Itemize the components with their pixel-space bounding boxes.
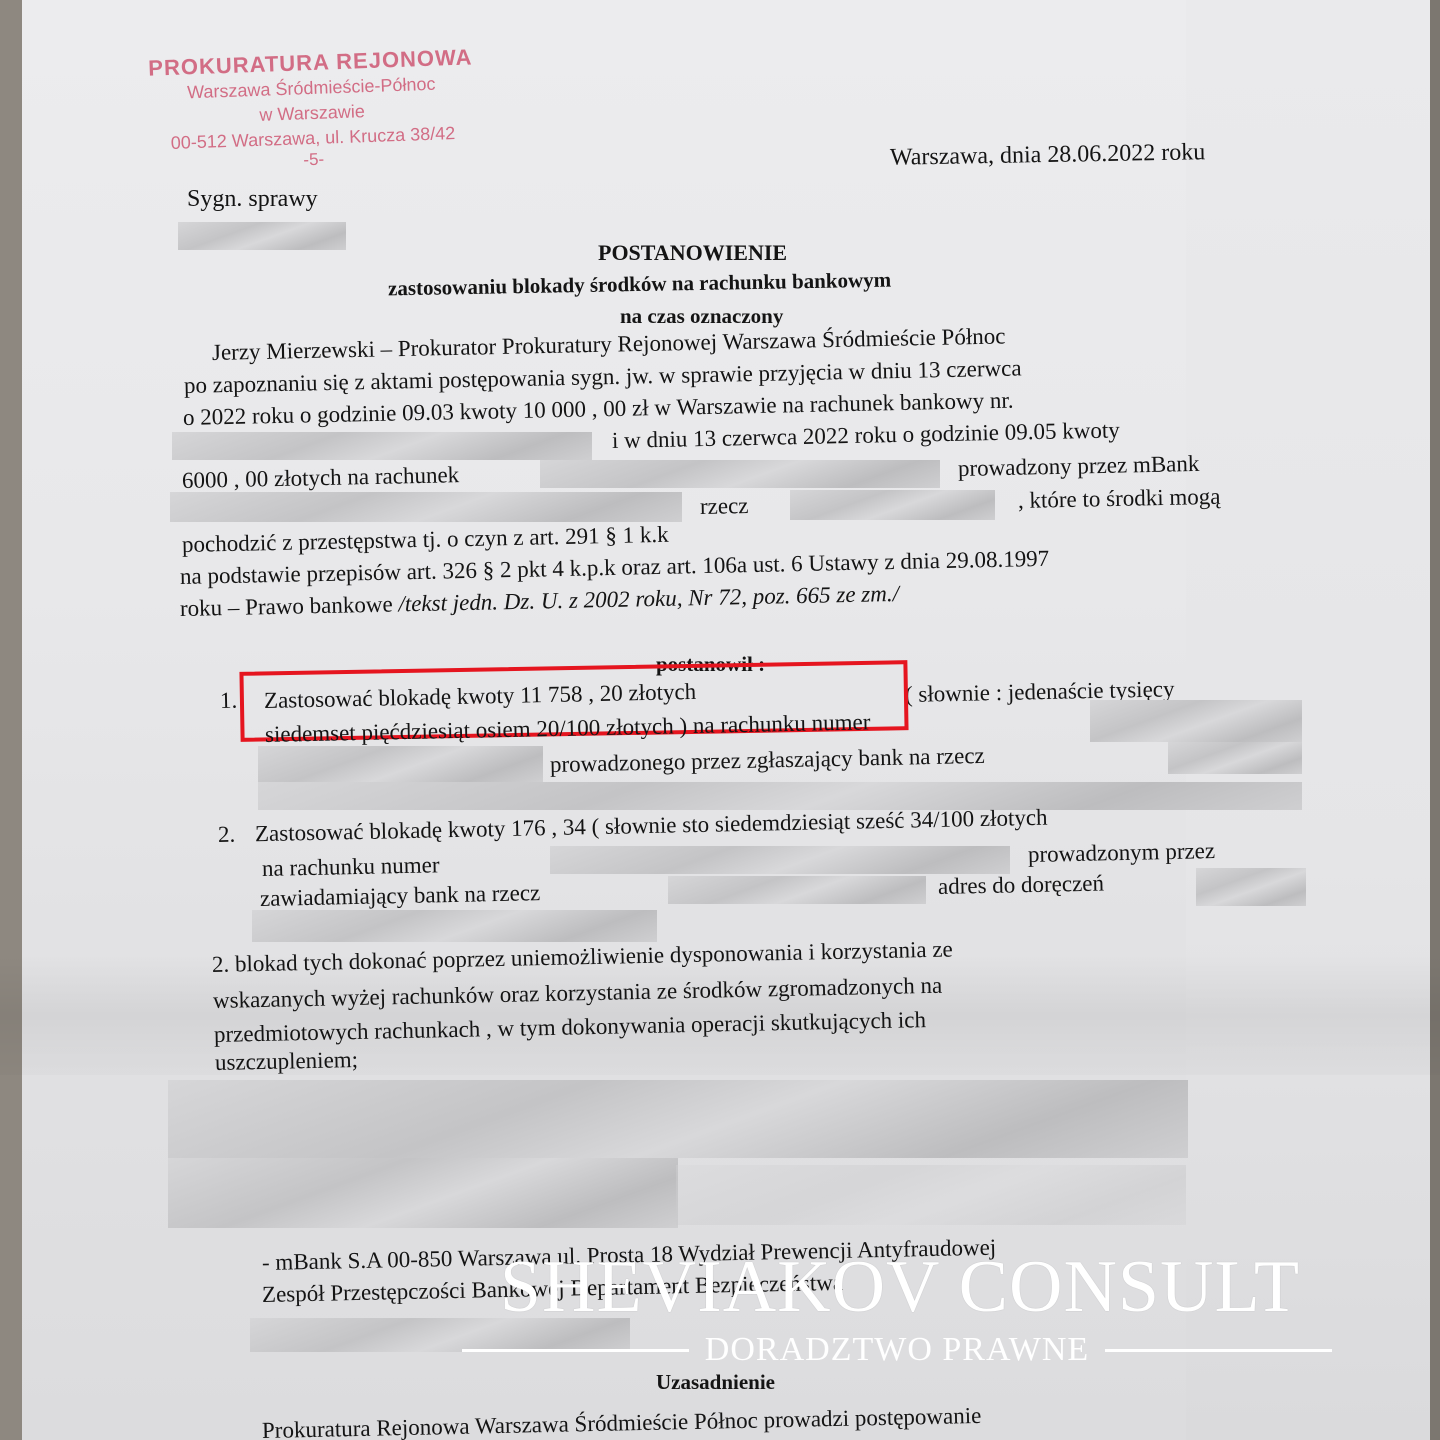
redacted-address-1 xyxy=(1196,868,1306,906)
redacted-account-2 xyxy=(540,460,940,488)
place-and-date: Warszawa, dnia 28.06.2022 roku xyxy=(890,139,1206,171)
redacted-block-1 xyxy=(168,1080,1188,1158)
watermark-rule-left xyxy=(462,1349,689,1352)
item-2-number: 2. xyxy=(218,822,236,847)
intro-line-8: , które to środki mogą xyxy=(1018,484,1221,514)
item-2-line-2a: na rachunku numer xyxy=(262,852,440,882)
intro-line-7: rzecz xyxy=(700,493,749,520)
redacted-account-1 xyxy=(172,432,592,460)
redacted-account-3 xyxy=(1090,700,1302,742)
item-2-line-3b: adres do doręczeń xyxy=(938,871,1105,900)
redacted-case-number xyxy=(178,222,346,250)
redacted-address-2 xyxy=(252,910,657,942)
prosecutor-office-stamp: PROKURATURA REJONOWA Warszawa Śródmieści… xyxy=(120,43,504,175)
document-subtitle-line-2: na czas oznaczony xyxy=(620,304,783,329)
watermark-rule-right xyxy=(1105,1349,1332,1352)
redacted-owner-3b xyxy=(258,782,1302,810)
justification-heading: Uzasadnienie xyxy=(656,1370,775,1395)
redacted-block-3 xyxy=(676,1165,1186,1225)
redacted-account-3b xyxy=(258,746,543,782)
redacted-account-4 xyxy=(550,846,1010,874)
item-2-line-2b: prowadzonym przez xyxy=(1028,838,1216,868)
legal-act-name: roku – Prawo bankowe xyxy=(180,592,393,621)
intro-line-6: prowadzony przez mBank xyxy=(958,451,1200,482)
document-title: POSTANOWIENIE xyxy=(598,240,787,266)
watermark-title: SHEVIAKOV CONSULT xyxy=(460,1242,1340,1332)
item-1-number: 1. xyxy=(220,688,238,714)
item-3-line-4: uszczupleniem; xyxy=(215,1047,359,1076)
table-surface-left xyxy=(0,0,22,1440)
redacted-owner-1 xyxy=(170,492,682,522)
redacted-owner-3 xyxy=(1168,742,1302,774)
watermark-subtitle-row: DORADZTWO PRAWNE xyxy=(462,1328,1332,1372)
redacted-owner-2 xyxy=(790,490,995,520)
watermark-subtitle: DORADZTWO PRAWNE xyxy=(705,1331,1089,1369)
redacted-owner-4 xyxy=(668,876,926,904)
table-surface-right xyxy=(1430,0,1440,1440)
case-reference-label: Sygn. sprawy xyxy=(187,186,318,213)
redacted-block-2 xyxy=(168,1158,678,1228)
